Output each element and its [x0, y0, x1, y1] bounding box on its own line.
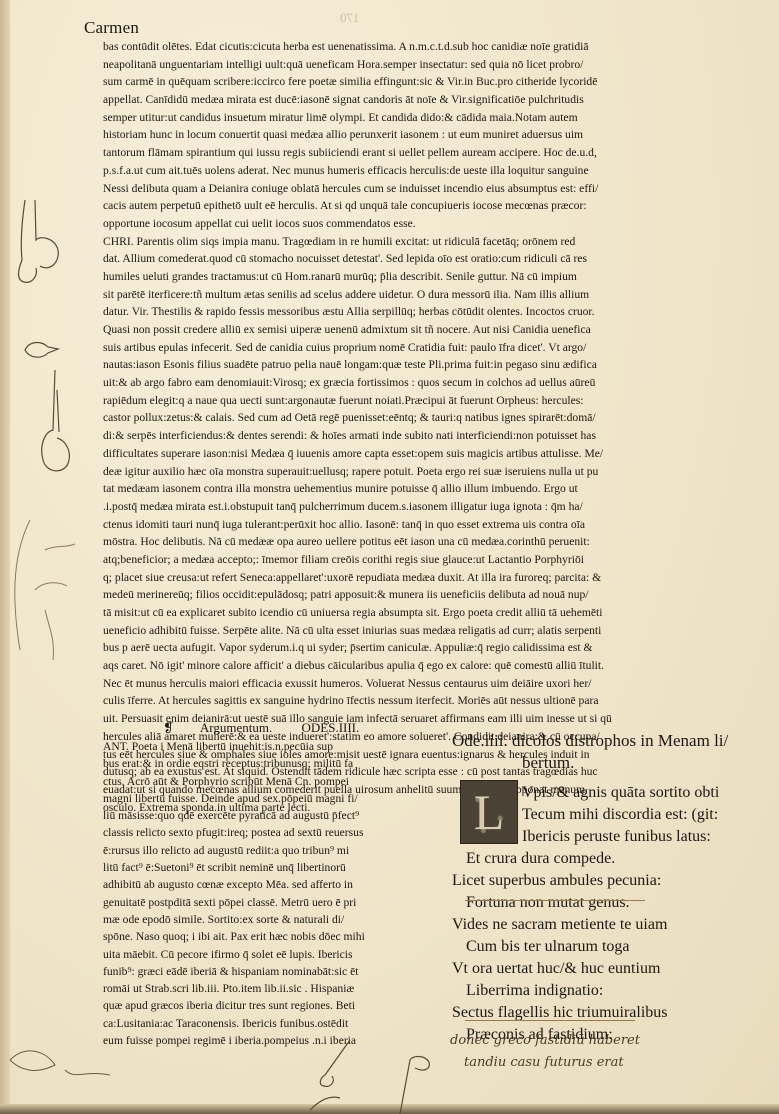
page-bottom-edge	[0, 1104, 779, 1114]
commentary-line: aqs caret. Nō igit' minore calore affici…	[103, 657, 759, 675]
commentary-line: opportune iocosum appellat cui uelit ioc…	[103, 215, 759, 233]
commentary-line: sum carmē in quēquam scribere:iccirco fe…	[103, 73, 759, 91]
manuscript-underline	[465, 900, 645, 901]
commentary-line: culis īferre. At hercules sagittis ex sa…	[103, 692, 759, 710]
ode-verse-line: Ibericis peruste funibus latus:	[452, 826, 719, 848]
argument-line: magni libertū fuisse. Deinde apud sex.pō…	[103, 790, 443, 807]
commentary-line: .i.postq̄ medæa mirata est.i.obstupuit t…	[103, 498, 759, 516]
manicule-pointing-hand-icon	[20, 335, 60, 365]
flourish-scrawl-icon	[5, 1040, 115, 1100]
argument-line: romāi ut Strab.scri lib.iii. Pto.item li…	[103, 980, 443, 997]
commentary-line: atq;beneficior; a medæa accepto;: īmemor…	[103, 551, 759, 569]
argumentum-label: Argumentum.	[200, 720, 272, 735]
ode-verse-line: Tecum mihi discordia est: (git:	[452, 804, 719, 826]
argument-line: eum fuisse pompei regimē i iberia.pompei…	[103, 1032, 443, 1049]
commentary-line: mōstra. Hoc delibutis. Nā cū medææ opa a…	[103, 533, 759, 551]
argument-line: genuitatē postpditā sexti pōpei classē. …	[103, 894, 443, 911]
argument-line: adhibitū ab augusto cœnæ excepto Mēa. se…	[103, 876, 443, 893]
ode-verse-line: Licet superbus ambules pecunia:	[452, 870, 719, 892]
ode-title-line2: bertum.	[452, 752, 772, 774]
argument-heading: ❡Argumentum. ODES.IIII.	[163, 720, 385, 736]
commentary-line: humiles ueluti grandes tractamus:ut cū H…	[103, 268, 759, 286]
argument-line: litū fact⁹ ē:Suetoni⁹ ēt scribit neminē …	[103, 859, 443, 876]
ode-verse-line: Et crura dura compede.	[452, 848, 719, 870]
flourish-scrawl-icon	[5, 510, 95, 670]
handwritten-marginal-note: donec greco fastidiū haberet tandiu casu…	[450, 1030, 640, 1074]
argument-line: mæ ode epodō simile. Sortito:ex sorte & …	[103, 911, 443, 928]
running-head: Carmen	[84, 18, 139, 38]
argument-line: ctus. Acrō aūt & Porphyrio scribūt Menā …	[103, 773, 443, 790]
argument-line: liū māsisse:quo qdē exercēte pyraticā ad…	[103, 807, 443, 824]
ode-verse-line: Fortuna non mutat genus.	[452, 892, 719, 914]
commentary-line: historiam hunc in locum conuertit quasi …	[103, 126, 759, 144]
commentary-line: sit parētē iterficere:tñ multum ætas sen…	[103, 286, 759, 304]
manicule-pointing-hand-icon	[10, 200, 70, 290]
argument-line: ca:Lusitania:ac Taraconensis. Ibericis f…	[103, 1015, 443, 1032]
commentary-line: Nec ēt munus herculis maiori efficacia e…	[103, 675, 759, 693]
commentary-line: semper utitur:ut candidus insuetum mirat…	[103, 109, 759, 127]
commentary-line: tat medæam iasonem contra illa monstra u…	[103, 480, 759, 498]
ode-verse-line: Cum bis ter ulnarum toga	[452, 936, 719, 958]
commentary-line: suis artibus epulas infecerit. Sed de ca…	[103, 339, 759, 357]
argument-line: ANT. Poeta i Menā libertū inuehit:is.n.p…	[103, 738, 443, 755]
manicule-pointing-hand-icon	[395, 1050, 435, 1114]
commentary-line: ctenus idomiti tauri nunq̄ iuga tulerant…	[103, 516, 759, 534]
commentary-line: tantorum flāmam spirantium qui iussu reg…	[103, 144, 759, 162]
argument-line: bus erat:& in ordie eqstri receptus:trib…	[103, 755, 443, 772]
commentary-line: tā misit:ut cū ea explicaret subito icen…	[103, 604, 759, 622]
commentary-line: di:& serpēs interficiendus:& dentes sere…	[103, 427, 759, 445]
argument-line: uita māebit. Cū pecore ifirmo q̄ solet e…	[103, 946, 443, 963]
handnote-line1: donec greco fastidiū haberet	[450, 1030, 640, 1052]
argument-line: classis relicto sexto pfugit:ireq; poste…	[103, 824, 443, 841]
argument-commentary-column: ANT. Poeta i Menā libertū inuehit:is.n.p…	[103, 738, 443, 1049]
ode-number-label: ODES.IIII.	[302, 720, 360, 735]
ode-verse-line: Vpis/& agnis quāta sortito obti	[452, 782, 719, 804]
commentary-block: bas contūdit olētes. Edat cicutis:cicuta…	[103, 38, 759, 816]
commentary-line: neapolitanā unguentariam intelligi uult:…	[103, 56, 759, 74]
argument-line: quæ apud græcos iberia dicitur tres sunt…	[103, 997, 443, 1014]
commentary-line: deæ igitur auxilio hæc oīa monstra super…	[103, 463, 759, 481]
ode-column: Ode.iiii. dicolos distrophos in Menam li…	[452, 730, 772, 774]
commentary-line: bas contūdit olētes. Edat cicutis:cicuta…	[103, 38, 759, 56]
commentary-line: Quasi non possit credere alliū ex semisi…	[103, 321, 759, 339]
manicule-pointing-hand-icon	[300, 1040, 380, 1114]
paragraph-mark-icon: ❡	[163, 720, 174, 735]
commentary-line: p.s.f.a.ut cum ait.tuēs uolens aderat. N…	[103, 162, 759, 180]
ode-verse-line: Vt ora uertat huc/& huc euntium	[452, 958, 719, 980]
ode-verses: Vpis/& agnis quāta sortito obtiTecum mih…	[452, 782, 719, 1046]
argument-line: spōne. Naso quoq; i ibi ait. Pax erit hæ…	[103, 928, 443, 945]
commentary-line: uit:& ab argo fabro eam denomiauit:Viros…	[103, 374, 759, 392]
commentary-line: cacis autem perpetuū epithetō uult eē he…	[103, 197, 759, 215]
argument-line: ē:rursus illo relicto ad augustū rediit:…	[103, 842, 443, 859]
manuscript-underline	[465, 1020, 635, 1021]
bleed-through-folio-number: 170	[340, 10, 360, 26]
commentary-line: Nessi delibuta quam a Deianira coniuge o…	[103, 180, 759, 198]
commentary-line: appellat. Canīdidū medæa mirata est ducē…	[103, 91, 759, 109]
commentary-line: bus p aerē uecta aufugit. Vapor syderum.…	[103, 639, 759, 657]
commentary-line: datur. Vir. Thestilis & rapido fessis me…	[103, 303, 759, 321]
commentary-line: dat. Allium comederat.quod cū stomacho n…	[103, 250, 759, 268]
commentary-line: ueneficio adhibitū fuisse. Serpēte alite…	[103, 622, 759, 640]
commentary-line: q; placet siue creusa:ut refert Seneca:a…	[103, 569, 759, 587]
argument-line: funib⁹: græci eādē iberiā & hispaniam no…	[103, 963, 443, 980]
manicule-pointing-hand-icon	[25, 370, 75, 480]
ode-verse-line: Liberrima indignatio:	[452, 980, 719, 1002]
commentary-line: rapiēdum elegit:q a naue qua uecti sunt:…	[103, 392, 759, 410]
handnote-line2: tandiu casu futurus erat	[450, 1052, 640, 1074]
commentary-line: medeū merinereūq; filios occidit:epulādo…	[103, 586, 759, 604]
commentary-line: ❡CHRI. Parentis olim siqs impia manu. Tr…	[103, 233, 759, 251]
commentary-line: nautas:iason Esonis filius suadēte patru…	[103, 356, 759, 374]
ode-title-line1: Ode.iiii. dicolos distrophos in Menam li…	[452, 730, 772, 752]
ode-verse-line: Vides ne sacram metiente te uiam	[452, 914, 719, 936]
commentary-line: difficultates superare iason:nisi Medæa …	[103, 445, 759, 463]
commentary-line: castor pollux:zetus:& calais. Sed cum ad…	[103, 409, 759, 427]
